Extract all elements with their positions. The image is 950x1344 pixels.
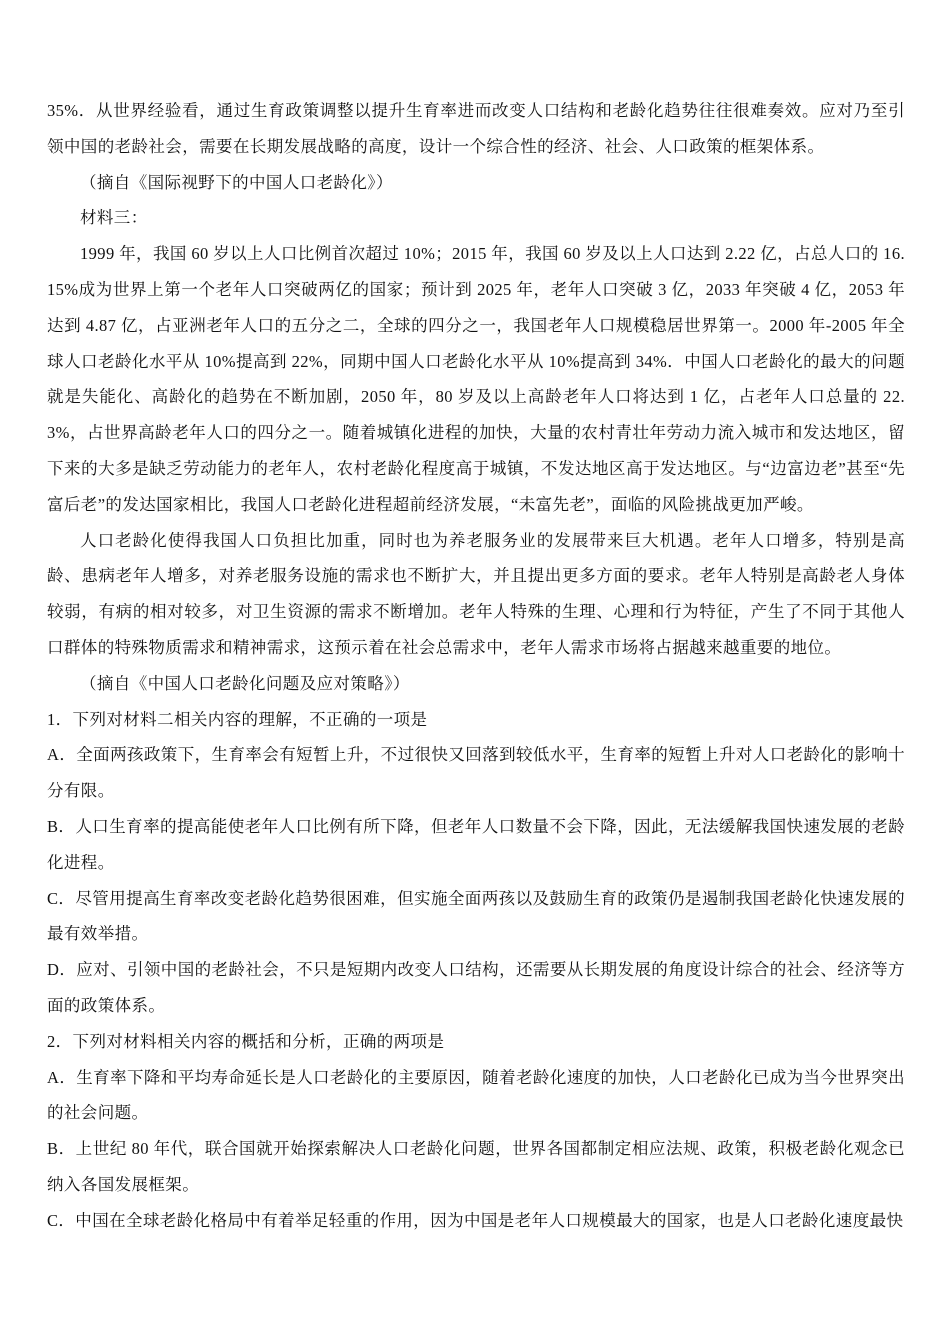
- paragraph: 1999 年，我国 60 岁以上人口比例首次超过 10%；2015 年，我国 6…: [47, 236, 905, 522]
- text-block: 35%．从世界经验看，通过生育政策调整以提升生育率进而改变人口结构和老龄化趋势往…: [47, 93, 905, 1239]
- paragraph: A．全面两孩政策下，生育率会有短暂上升，不过很快又回落到较低水平，生育率的短暂上…: [47, 737, 905, 809]
- paragraph: 材料三：: [47, 200, 905, 236]
- paragraph: 2．下列对材料相关内容的概括和分析，正确的两项是: [47, 1024, 905, 1060]
- paragraph: 人口老龄化使得我国人口负担比加重，同时也为养老服务业的发展带来巨大机遇。老年人口…: [47, 523, 905, 666]
- paragraph: C．中国在全球老龄化格局中有着举足轻重的作用，因为中国是老年人口规模最大的国家，…: [47, 1203, 905, 1239]
- paragraph: 1．下列对材料二相关内容的理解，不正确的一项是: [47, 702, 905, 738]
- paragraph: （摘自《中国人口老龄化问题及应对策略》）: [47, 666, 905, 702]
- paragraph: C．尽管用提高生育率改变老龄化趋势很困难，但实施全面两孩以及鼓励生育的政策仍是遏…: [47, 881, 905, 953]
- paragraph: D．应对、引领中国的老龄社会，不只是短期内改变人口结构，还需要从长期发展的角度设…: [47, 952, 905, 1024]
- paragraph: A．生育率下降和平均寿命延长是人口老龄化的主要原因，随着老龄化速度的加快，人口老…: [47, 1060, 905, 1132]
- paragraph: B．人口生育率的提高能使老年人口比例有所下降，但老年人口数量不会下降，因此，无法…: [47, 809, 905, 881]
- paragraph: 35%．从世界经验看，通过生育政策调整以提升生育率进而改变人口结构和老龄化趋势往…: [47, 93, 905, 165]
- document-page: 35%．从世界经验看，通过生育政策调整以提升生育率进而改变人口结构和老龄化趋势往…: [0, 0, 950, 1344]
- paragraph: （摘自《国际视野下的中国人口老龄化》）: [47, 165, 905, 201]
- paragraph: B．上世纪 80 年代，联合国就开始探索解决人口老龄化问题，世界各国都制定相应法…: [47, 1131, 905, 1203]
